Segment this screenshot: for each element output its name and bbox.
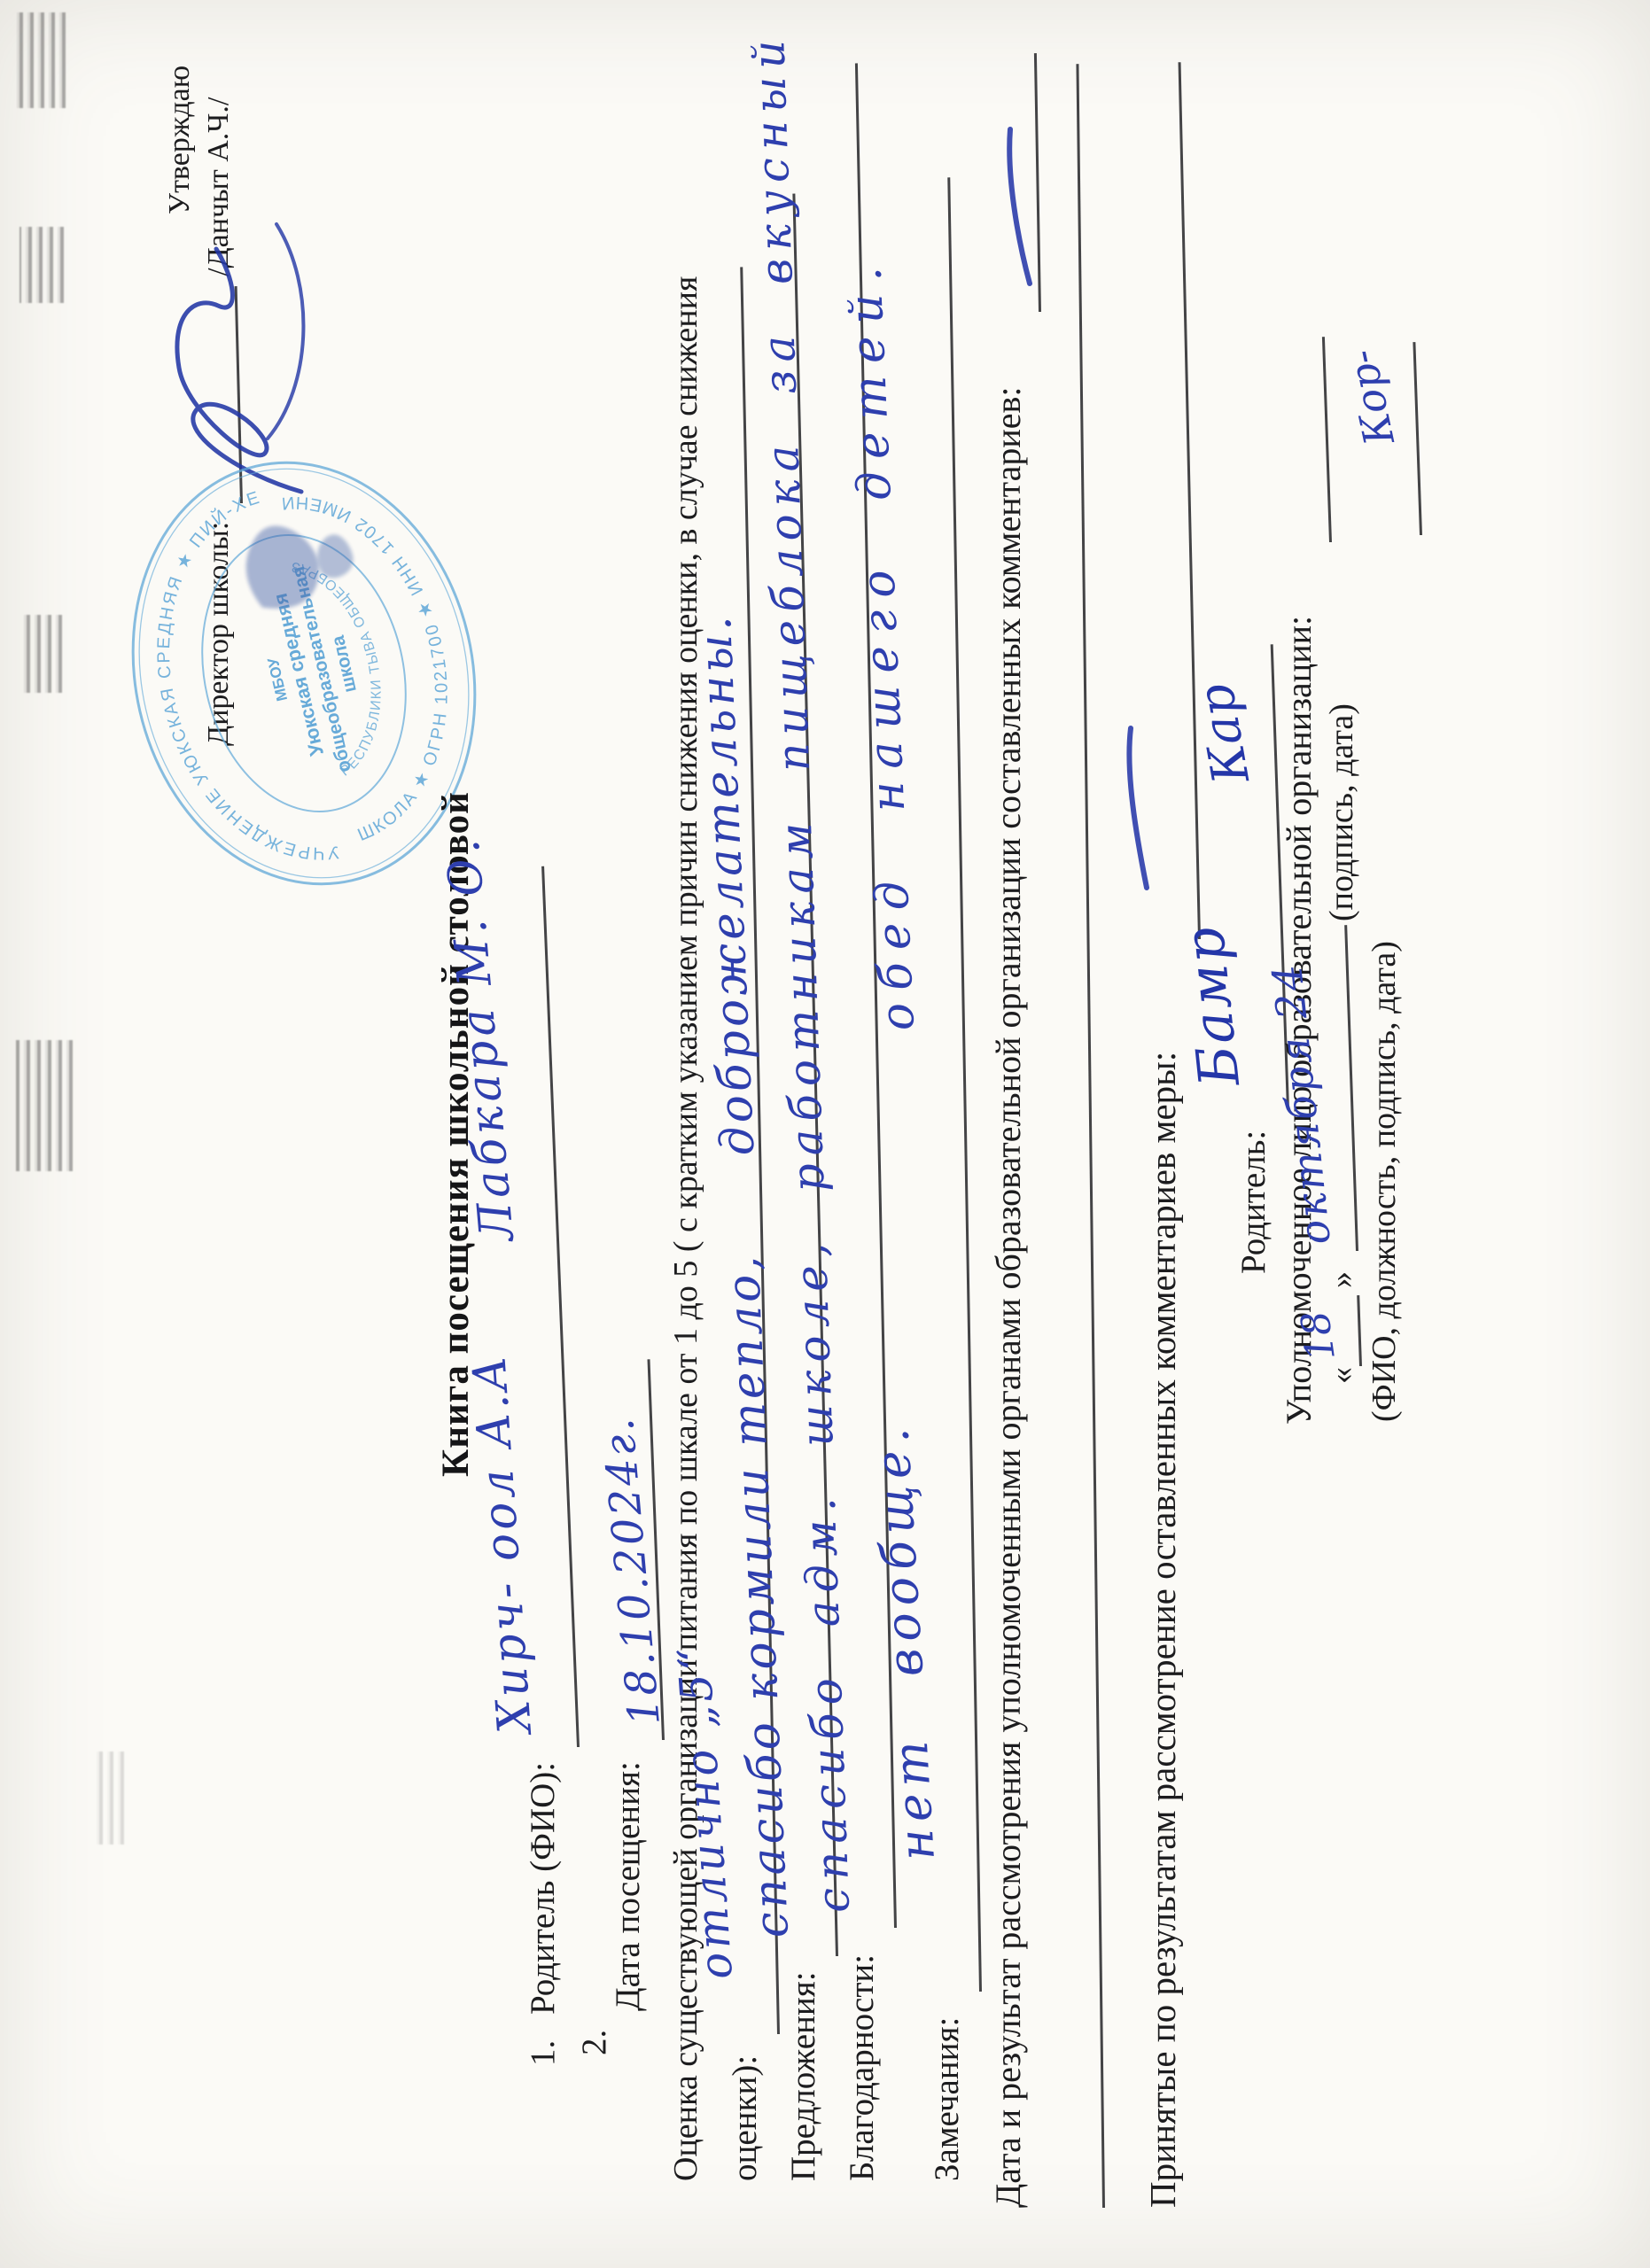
visit-date-label: Дата посещения: bbox=[610, 1761, 648, 2011]
scan-artifact bbox=[14, 12, 66, 108]
pen-dash-measures bbox=[1113, 719, 1154, 897]
measures-text: Принятые по результатам рассмотрение ост… bbox=[1143, 1052, 1183, 2208]
official-signature-line bbox=[1322, 337, 1332, 542]
rotated-document: Утверждаю Директор школы: /Данчыт А.Ч./ … bbox=[0, 0, 1650, 2268]
item2-number: 2. bbox=[576, 2030, 614, 2055]
scan-artifact-faint bbox=[94, 1751, 124, 1845]
suggestions-label: Предложения: bbox=[785, 1971, 823, 2181]
date-close-quote: » bbox=[1324, 1271, 1361, 1288]
scanned-page: Утверждаю Директор школы: /Данчыт А.Ч./ … bbox=[0, 0, 1650, 2268]
scan-artifact bbox=[19, 227, 64, 303]
item1-number: 1. bbox=[525, 2040, 563, 2066]
scan-artifact bbox=[16, 1040, 73, 1171]
month-line bbox=[1344, 925, 1358, 1251]
parent-name-label: Родитель (ФИО): bbox=[525, 1762, 563, 2015]
score-text-line2-label: оценки): bbox=[727, 2055, 765, 2181]
parent-name-line bbox=[541, 866, 580, 1747]
pen-dash-review bbox=[998, 122, 1037, 291]
measures-answer-line bbox=[1179, 62, 1201, 939]
thanks-label: Благодарности: bbox=[844, 1954, 882, 2181]
handwritten-day: 18 bbox=[1293, 1309, 1344, 1364]
empty-answer-line bbox=[1076, 64, 1105, 2208]
date-open-quote: « bbox=[1324, 1367, 1361, 1384]
handwritten-remarks: нет вообще. bbox=[863, 1419, 946, 1861]
remarks-answer-line bbox=[947, 177, 982, 1992]
official-note-line bbox=[1413, 342, 1422, 535]
remarks-label: Замечания: bbox=[929, 2017, 967, 2181]
fio-note: (ФИО, должность, подпись, дата) bbox=[1366, 941, 1404, 1422]
signature-date-paren: (подпись, дата) bbox=[1324, 703, 1361, 921]
handwritten-visit-date: 18.10.2024г. bbox=[594, 1414, 670, 1728]
handwritten-official-note: Кор- bbox=[1337, 346, 1404, 449]
parent-signature-label: Родитель: bbox=[1235, 1130, 1273, 1274]
review-text: Дата и результат рассмотрения уполномоче… bbox=[989, 386, 1028, 2208]
handwritten-month-year: октября 24 bbox=[1263, 959, 1340, 1247]
parent-signature-ink-1: Бамр bbox=[1171, 922, 1252, 1089]
day-line bbox=[1357, 1295, 1362, 1366]
handwritten-thanks-line2: обед нашего детей. bbox=[838, 253, 925, 1031]
scan-artifact bbox=[23, 615, 62, 693]
parent-signature-ink-2: Кар bbox=[1187, 680, 1261, 788]
